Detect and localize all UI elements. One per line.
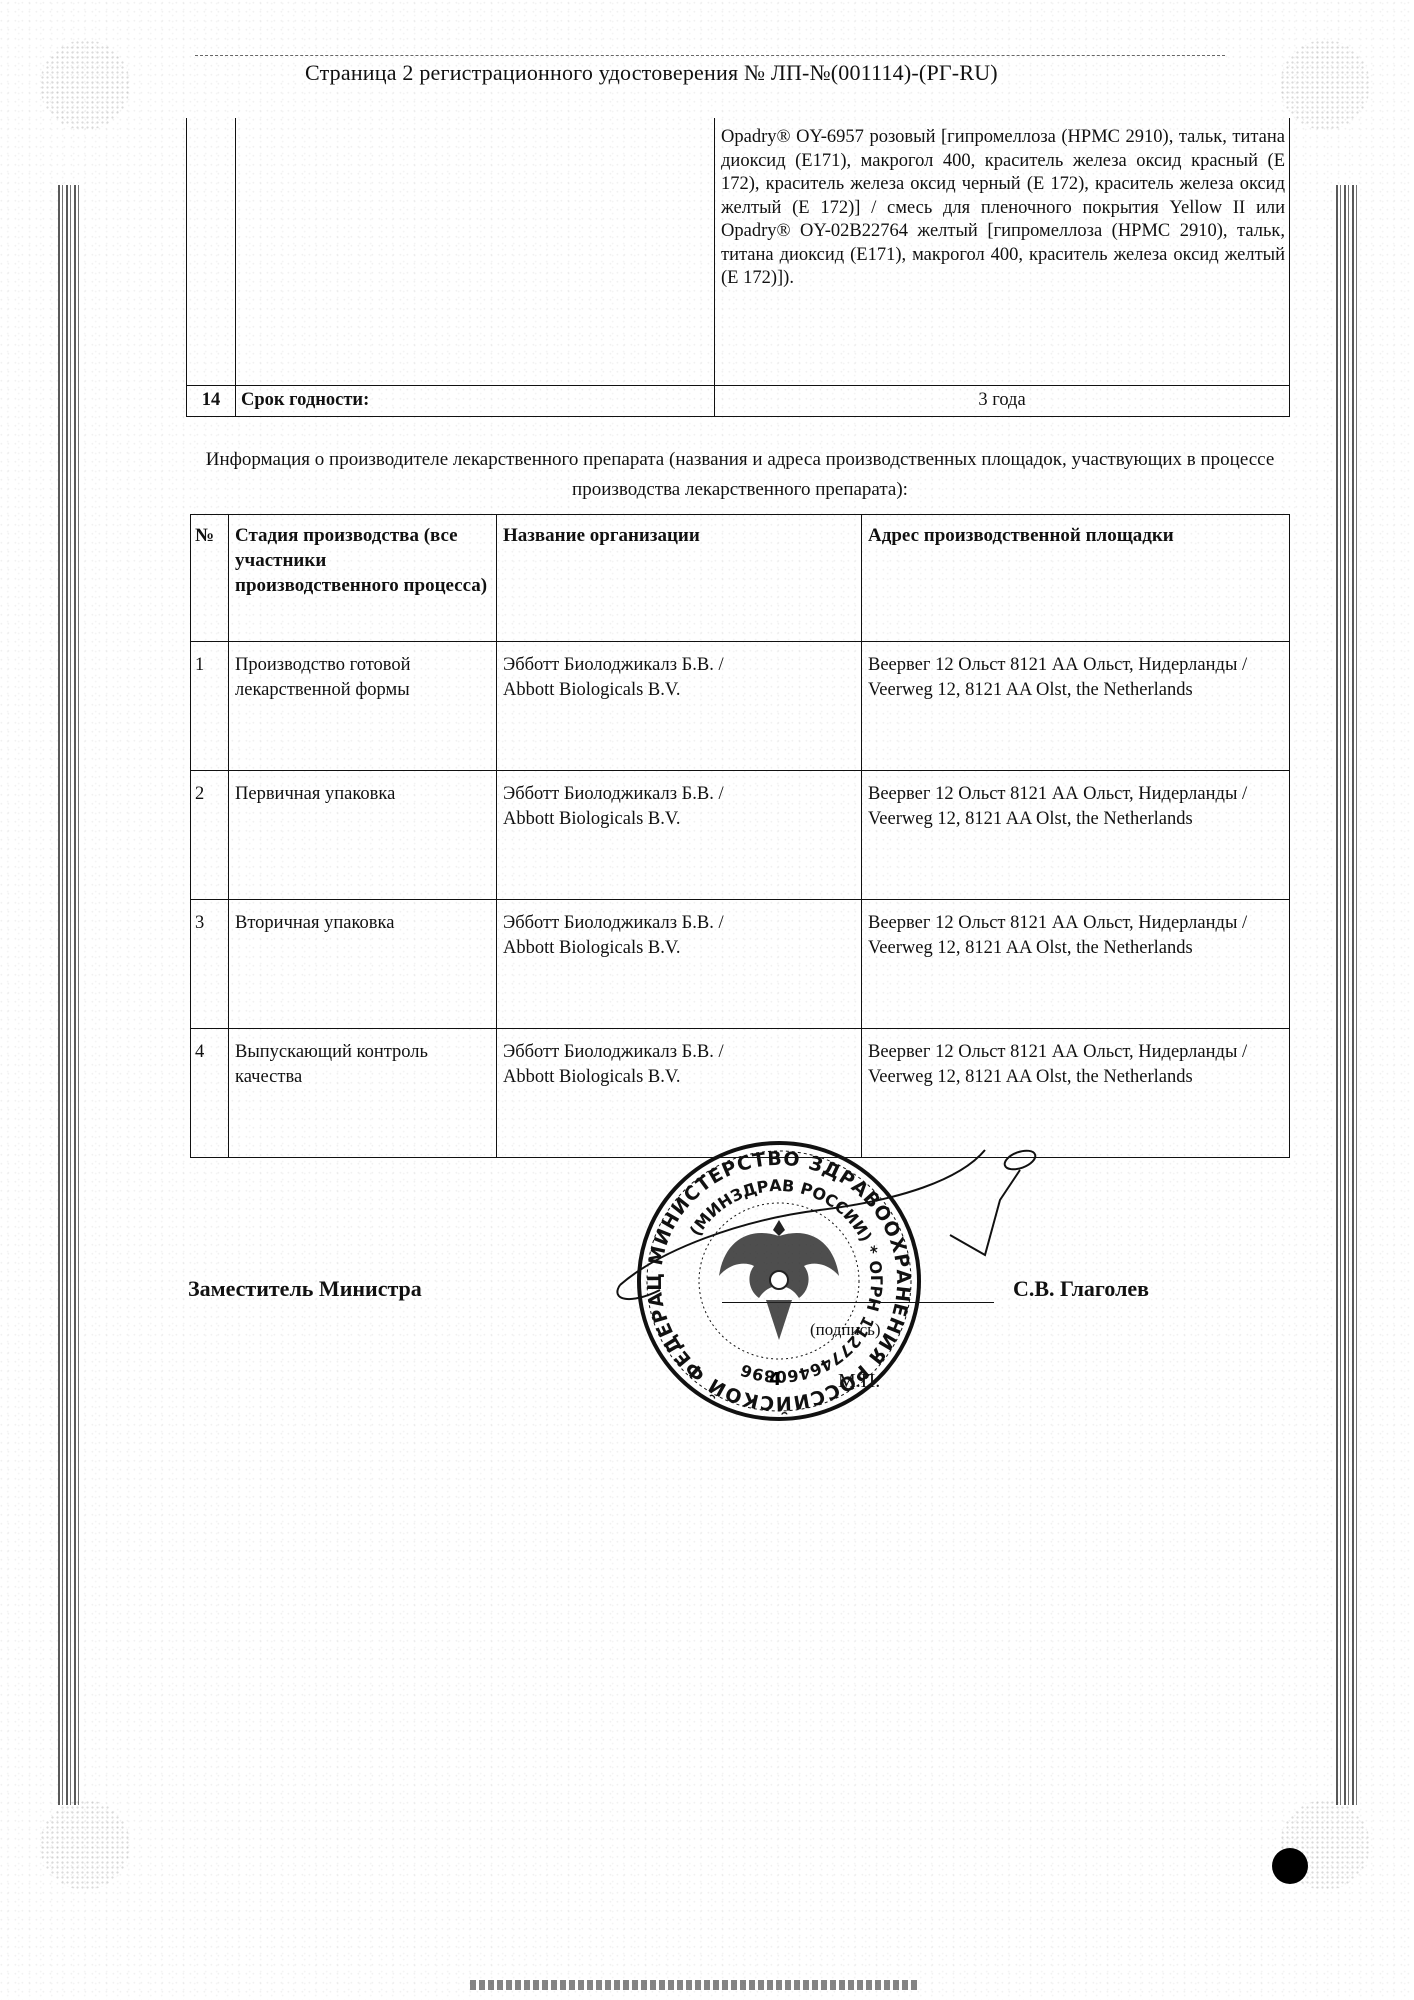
column-header-address: Адрес производственной площадки <box>862 515 1290 642</box>
row-number: 14 <box>187 386 236 417</box>
row-number-cell <box>187 118 236 386</box>
footer-noise <box>470 1980 920 1990</box>
left-security-border <box>58 185 82 1805</box>
corner-ornament <box>40 40 130 130</box>
handwritten-signature <box>600 1140 1050 1340</box>
column-header-organization: Название организации <box>497 515 862 642</box>
row-number: 3 <box>191 900 229 1029</box>
right-security-border <box>1336 185 1360 1805</box>
organization-name: Эбботт Биолоджикалз Б.В. /Abbott Biologi… <box>497 1029 862 1158</box>
site-address: Веервег 12 Ольст 8121 АА Ольст, Нидерлан… <box>862 642 1290 771</box>
site-address: Веервег 12 Ольст 8121 АА Ольст, Нидерлан… <box>862 771 1290 900</box>
table-row: 2 Первичная упаковка Эбботт Биолоджикалз… <box>191 771 1290 900</box>
organization-name: Эбботт Биолоджикалз Б.В. /Abbott Biologi… <box>497 771 862 900</box>
manufacturer-table: № Стадия производства (все участники про… <box>190 514 1290 1158</box>
page-header: Страница 2 регистрационного удостоверени… <box>305 60 998 86</box>
production-stage: Вторичная упаковка <box>229 900 497 1029</box>
hole-punch-mark <box>1272 1848 1308 1884</box>
table-header-row: № Стадия производства (все участники про… <box>191 515 1290 642</box>
corner-ornament <box>1280 40 1370 130</box>
site-address: Веервег 12 Ольст 8121 АА Ольст, Нидерлан… <box>862 1029 1290 1158</box>
shelf-life-value: 3 года <box>715 386 1290 417</box>
column-header-number: № <box>191 515 229 642</box>
composition-text: Opadry® OY-6957 розовый [гипромеллоза (H… <box>715 118 1290 386</box>
column-header-stage: Стадия производства (все участники произ… <box>229 515 497 642</box>
production-stage: Производство готовой лекарственной формы <box>229 642 497 771</box>
table-row: 1 Производство готовой лекарственной фор… <box>191 642 1290 771</box>
row-number: 4 <box>191 1029 229 1158</box>
empty-cell <box>236 118 715 386</box>
table-row: 14 Срок годности: 3 года <box>187 386 1290 417</box>
table-row: 4 Выпускающий контроль качества Эбботт Б… <box>191 1029 1290 1158</box>
row-number: 1 <box>191 642 229 771</box>
row-number: 2 <box>191 771 229 900</box>
composition-table: Opadry® OY-6957 розовый [гипромеллоза (H… <box>186 118 1290 417</box>
svg-text:4: 4 <box>769 1369 782 1390</box>
shelf-life-label: Срок годности: <box>236 386 715 417</box>
production-stage: Выпускающий контроль качества <box>229 1029 497 1158</box>
manufacturer-intro: Информация о производителе лекарственног… <box>195 445 1285 505</box>
table-row: Opadry® OY-6957 розовый [гипромеллоза (H… <box>187 118 1290 386</box>
table-row: 3 Вторичная упаковка Эбботт Биолоджикалз… <box>191 900 1290 1029</box>
site-address: Веервег 12 Ольст 8121 АА Ольст, Нидерлан… <box>862 900 1290 1029</box>
corner-ornament <box>40 1800 130 1890</box>
header-rule <box>195 55 1225 56</box>
organization-name: Эбботт Биолоджикалз Б.В. /Abbott Biologi… <box>497 642 862 771</box>
organization-name: Эбботт Биолоджикалз Б.В. /Abbott Biologi… <box>497 900 862 1029</box>
production-stage: Первичная упаковка <box>229 771 497 900</box>
signatory-position: Заместитель Министра <box>188 1276 422 1302</box>
